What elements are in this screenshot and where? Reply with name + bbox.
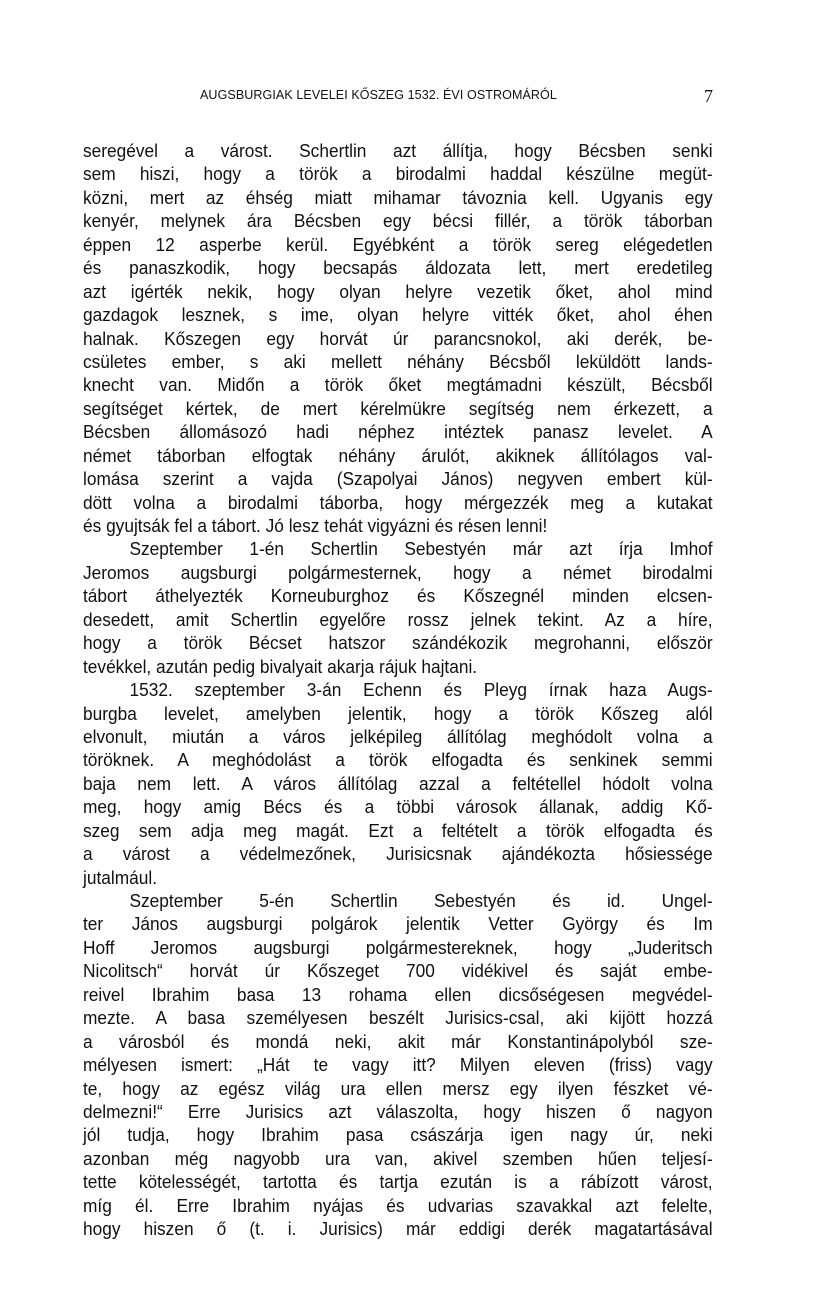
text-line: burgba levelet, amelyben jelentik, hogy … — [83, 702, 713, 725]
text-line: ter János augsburgi polgárok jelentik Ve… — [83, 912, 713, 935]
text-line: csületes ember, s aki mellett néhány Béc… — [83, 350, 713, 373]
running-header-title: AUGSBURGIAK LEVELEI KŐSZEG 1532. ÉVI OST… — [200, 88, 600, 102]
text-line: azonban még nagyobb ura van, akivel szem… — [83, 1147, 713, 1170]
text-line: és gyujtsák fel a tábort. Jó lesz tehát … — [83, 514, 713, 537]
text-line: és panaszkodik, hogy becsapás áldozata l… — [83, 256, 713, 279]
text-line: delmezni!“ Erre Jurisics azt válaszolta,… — [83, 1100, 713, 1123]
text-line: sem hiszi, hogy a török a birodalmi hadd… — [83, 162, 713, 185]
text-line: jutalmául. — [83, 866, 713, 889]
text-line: közni, mert az éhség miatt mihamar távoz… — [83, 186, 713, 209]
text-line: gazdagok lesznek, s ime, olyan helyre vi… — [83, 303, 713, 326]
text-line: mezte. A basa személyesen beszélt Jurisi… — [83, 1006, 713, 1029]
text-line: szeg sem adja meg magát. Ezt a feltételt… — [83, 819, 713, 842]
text-line: Nicolitsch“ horvát úr Kőszeget 700 vidék… — [83, 959, 713, 982]
text-line: Hoff Jeromos augsburgi polgármestereknek… — [83, 936, 713, 959]
text-line: segítséget kértek, de mert kérelmükre se… — [83, 397, 713, 420]
text-line: hogy hiszen ő (t. i. Jurisics) már eddig… — [83, 1217, 713, 1240]
body-text: seregével a várost. Schertlin azt állítj… — [83, 139, 713, 1241]
text-line: te, hogy az egész világ ura ellen mersz … — [83, 1077, 713, 1100]
text-line: töröknek. A meghódolást a török elfogadt… — [83, 748, 713, 771]
text-line: seregével a várost. Schertlin azt állítj… — [83, 139, 713, 162]
text-line: tábort áthelyezték Korneuburghoz és Kősz… — [83, 584, 713, 607]
text-line: lomása szerint a vajda (Szapolyai János)… — [83, 467, 713, 490]
paragraph-first-line: Szeptember 5-én Schertlin Sebestyén és i… — [83, 889, 713, 912]
text-line: német táborban elfogtak néhány árulót, a… — [83, 444, 713, 467]
text-line: Jeromos augsburgi polgármesternek, hogy … — [83, 561, 713, 584]
text-line: kenyér, melynek ára Bécsben egy bécsi fi… — [83, 209, 713, 232]
text-line: baja nem lett. A város állítólag azzal a… — [83, 772, 713, 795]
text-line: knecht van. Midőn a török őket megtámadn… — [83, 373, 713, 396]
text-line: tette kötelességét, tartotta és tartja e… — [83, 1170, 713, 1193]
text-line: meg, hogy amig Bécs és a többi városok á… — [83, 795, 713, 818]
text-line: a városból és mondá neki, akit már Konst… — [83, 1030, 713, 1053]
text-line: azt igérték nekik, hogy olyan helyre vez… — [83, 280, 713, 303]
paragraph-first-line: 1532. szeptember 3-án Echenn és Pleyg ír… — [83, 678, 713, 701]
book-page: AUGSBURGIAK LEVELEI KŐSZEG 1532. ÉVI OST… — [0, 0, 822, 1293]
text-line: míg él. Erre Ibrahim nyájas és udvarias … — [83, 1194, 713, 1217]
text-line: éppen 12 asperbe kerül. Egyébként a törö… — [83, 233, 713, 256]
text-line: dött volna a birodalmi táborba, hogy mér… — [83, 491, 713, 514]
text-line: desedett, amit Schertlin egyelőre rossz … — [83, 608, 713, 631]
text-line: tevékkel, azután pedig bivalyait akarja … — [83, 655, 713, 678]
paragraph-first-line: Szeptember 1-én Schertlin Sebestyén már … — [83, 537, 713, 560]
text-line: Bécsben állomásozó hadi néphez intéztek … — [83, 420, 713, 443]
page-number: 7 — [704, 86, 713, 107]
text-line: jól tudja, hogy Ibrahim pasa császárja i… — [83, 1123, 713, 1146]
text-line: elvonult, miután a város jelképileg állí… — [83, 725, 713, 748]
text-line: hogy a török Bécset hatszor szándékozik … — [83, 631, 713, 654]
text-line: a várost a védelmezőnek, Jurisicsnak ajá… — [83, 842, 713, 865]
text-line: mélyesen ismert: „Hát te vagy itt? Milye… — [83, 1053, 713, 1076]
text-line: reivel Ibrahim basa 13 rohama ellen dics… — [83, 983, 713, 1006]
text-line: halnak. Kőszegen egy horvát úr parancsno… — [83, 327, 713, 350]
